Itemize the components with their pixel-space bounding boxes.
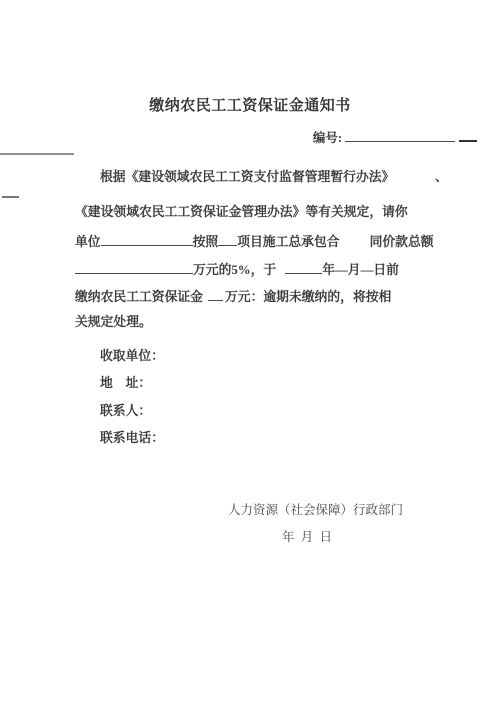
address-label: 地 址：: [100, 372, 151, 391]
document-page: 缴纳农民工工资保证金通知书 编号: 根据《建设领域农民工工资支付监督管理暂行办法…: [0, 0, 500, 708]
scan-artifact-line-bottom: [2, 196, 19, 198]
body-line-3: 单位按照项目施工总承包合同价款总额: [75, 232, 500, 250]
project-blank-field: [218, 232, 237, 246]
percent-text: 万元的5%，于: [193, 263, 276, 277]
scan-artifact-line-top: [0, 153, 74, 155]
body-line-1: 根据《建设领域农民工工资支付监督管理暂行办法》 、: [75, 169, 500, 185]
amount-blank-field: [75, 260, 193, 274]
body-line-2: 《建设领域农民工工资保证金管理办法》等有关规定，请你: [75, 204, 500, 220]
number-blank-suffix: [459, 127, 477, 142]
body-line-6: 关规定处理。: [75, 314, 500, 330]
body-line-1-text: 根据《建设领域农民工工资支付监督管理暂行办法》: [100, 170, 394, 184]
receiver-label: 收取单位：: [100, 345, 164, 364]
body-line-5: 缴纳农民工工资保证金万元：逾期未缴纳的，将按相: [75, 287, 500, 305]
body-line-4: 万元的5%，于年—月—日前: [75, 260, 500, 278]
number-label: 编号:: [313, 131, 342, 145]
according-to-label: 按照: [193, 235, 219, 249]
contact-person-label: 联系人：: [100, 400, 151, 419]
phone-label: 联系电话：: [100, 427, 164, 446]
date-before-text: 年—月—日前: [322, 263, 399, 277]
signature-department: 人力资源（社会保障）行政部门: [228, 500, 403, 518]
year-blank-field: [285, 260, 322, 274]
body-line-1-enumeration-comma: 、: [435, 169, 448, 185]
contract-text: 项目施工总承包合: [237, 235, 339, 249]
number-blank-field: [345, 128, 455, 142]
unit-label: 单位: [75, 235, 101, 249]
contract-total-text: 同价款总额: [370, 235, 434, 249]
signature-date: 年 月 日: [282, 527, 332, 545]
unit-blank-field: [101, 232, 193, 246]
deposit-amount-blank-field: [208, 287, 223, 301]
document-number-line: 编号:: [313, 127, 477, 146]
overdue-text: 万元：逾期未缴纳的，将按相: [225, 290, 391, 304]
deposit-text: 缴纳农民工工资保证金: [75, 290, 203, 304]
document-title: 缴纳农民工工资保证金通知书: [0, 94, 500, 115]
